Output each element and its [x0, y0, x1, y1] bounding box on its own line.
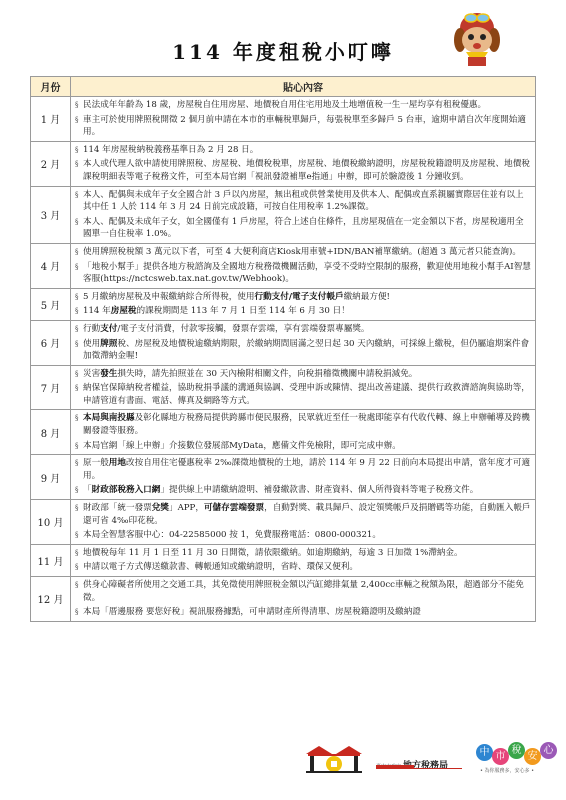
content-cell: §行動支付/電子支付消費，付款零接觸，發票存雲端，享有雲端發票專屬獎。§使用牌照… [71, 320, 536, 365]
tip-highlight: 可儲存雲端發票 [204, 503, 264, 513]
tip-text: 本人、配偶與未成年子女全國合計 3 戶以內房屋，無出租或供營業使用及供本人、配偶… [83, 190, 524, 213]
bullet-icon: § [75, 305, 79, 318]
tip-item: §本人或代理人欲申請使用牌照稅、房屋稅、地價稅稅單，房屋稅、地價稅繳納證明，房屋… [75, 158, 531, 183]
tip-item: §納保官保障納稅者權益，協助稅捐爭議的溝通與協調、受理申訴或陳情、提出改善建議、… [75, 382, 531, 407]
footer-logos: 臺中市政府地方稅務局 中 市 稅 安 心 • 為你服務多，安心多 • [296, 740, 556, 780]
bullet-icon: § [75, 189, 79, 202]
bullet-icon: § [75, 561, 79, 574]
tip-item: §本人、配偶及未成年子女，如全國僅有 1 戶房屋，符合上述自住條件，且房屋現值在… [75, 216, 531, 241]
content-cell: §使用牌照稅稅額 3 萬元以下者，可至 4 大便利商店Kiosk用車號+IDN/… [71, 243, 536, 288]
header-content: 貼心內容 [71, 77, 536, 97]
header-month: 月份 [31, 77, 71, 97]
slogan-bubble: 稅 [508, 742, 525, 759]
tip-item: §行動支付/電子支付消費，付款零接觸，發票存雲端，享有雲端發票專屬獎。 [75, 323, 531, 336]
slogan-bubble: 心 [540, 742, 557, 759]
tip-item: §地價稅每年 11 月 1 日至 11 月 30 日開徵，請依限繳納。如逾期繳納… [75, 547, 531, 560]
month-cell: 8 月 [31, 410, 71, 455]
bullet-icon: § [75, 216, 79, 229]
bullet-icon: § [75, 457, 79, 470]
tip-highlight: 支付 [100, 324, 117, 334]
content-cell: §114 年房屋稅納稅義務基準日為 2 月 28 日。§本人或代理人欲申請使用牌… [71, 141, 536, 186]
tip-highlight: 房屋稅 [111, 306, 137, 316]
tip-text: 使用 [83, 339, 100, 349]
bullet-icon: § [75, 579, 79, 592]
tip-item: §「地稅小幫手」提供各地方稅諮詢及全國地方稅務徵機關活動，享受不受時空限制的服務… [75, 261, 531, 286]
table-row: 9 月§原一般用地改按自用住宅優惠稅率 2‰課徵地價稅的土地，請於 114 年 … [31, 455, 536, 500]
bullet-icon: § [75, 158, 79, 171]
bullet-icon: § [75, 484, 79, 497]
tip-item: §114 年房屋稅納稅義務基準日為 2 月 28 日。 [75, 144, 531, 157]
slogan-bubble: 市 [492, 748, 509, 765]
tip-item: §申請以電子方式傳送繳款書、轉帳通知或繳納證明，省時、環保又便利。 [75, 561, 531, 574]
bullet-icon: § [75, 529, 79, 542]
bullet-icon: § [75, 144, 79, 157]
tip-text: 本局「厝邊服務 要您好稅」視訊服務據點，可申請財產所得清單、房屋稅籍證明及繳納證 [83, 607, 421, 617]
tip-text: 供身心障礙者所使用之交通工具，其免徵使用牌照稅金額以汽缸總排氣量 2,400cc… [83, 580, 524, 603]
bullet-icon: § [75, 246, 79, 259]
tip-text: 損失時，請先拍照並在 30 天內檢附相關文件，向稅捐稽徵機關申請稅捐減免。 [117, 369, 417, 379]
tip-text: 5 月繳納房屋稅及申報繳納綜合所得稅，使用 [83, 292, 254, 302]
tip-text: /電子支付消費，付款零接觸，發票存雲端，享有雲端發票專屬獎。 [117, 324, 369, 334]
tip-item: § 5 月繳納房屋稅及申報繳納綜合所得稅，使用行動支付/電子支付帳戶繳納最方便! [75, 291, 531, 304]
tip-item: §民法成年年齡為 18 歲，房屋稅自住用房屋、地價稅自用住宅用地及土地增值稅一生… [75, 99, 531, 112]
content-cell: §民法成年年齡為 18 歲，房屋稅自住用房屋、地價稅自用住宅用地及土地增值稅一生… [71, 97, 536, 142]
tip-text: 114 年房屋稅納稅義務基準日為 2 月 28 日。 [83, 145, 258, 155]
table-row: 8 月§本局與南投縣及彰化縣地方稅務局提供跨縣市便民服務，民眾就近至任一稅處即能… [31, 410, 536, 455]
month-cell: 4 月 [31, 243, 71, 288]
tip-item: §使用牌照稅稅額 3 萬元以下者，可至 4 大便利商店Kiosk用車號+IDN/… [75, 246, 531, 259]
slogan-bubble: 安 [524, 748, 541, 765]
month-cell: 11 月 [31, 544, 71, 576]
tip-text: 」APP， [169, 503, 204, 513]
table-row: 12 月§供身心障礙者所使用之交通工具，其免徵使用牌照稅金額以汽缸總排氣量 2,… [31, 577, 536, 622]
month-cell: 1 月 [31, 97, 71, 142]
tip-highlight: 本局與南投縣 [83, 413, 135, 423]
tip-text: 本局官網「線上申辦」介接數位發展部MyData，應備文件免檢附，即可完成申辦。 [83, 441, 401, 451]
table-row: 10 月§財政部「統一發票兌獎」APP，可儲存雲端發票，自動對獎、載具歸戶、設定… [31, 500, 536, 545]
tip-item: §本局官網「線上申辦」介接數位發展部MyData，應備文件免檢附，即可完成申辦。 [75, 440, 531, 453]
tip-highlight: 牌照 [100, 339, 117, 349]
tip-item: §114 年房屋稅的課稅期間是 113 年 7 月 1 日至 114 年 6 月… [75, 305, 531, 318]
content-cell: §本局與南投縣及彰化縣地方稅務局提供跨縣市便民服務，民眾就近至任一稅處即能享有代… [71, 410, 536, 455]
tip-text: 申請以電子方式傳送繳款書、轉帳通知或繳納證明，省時、環保又便利。 [83, 562, 358, 572]
month-cell: 2 月 [31, 141, 71, 186]
table-header-row: 月份 貼心內容 [31, 77, 536, 97]
bullet-icon: § [75, 114, 79, 127]
tip-text: 」提供線上申請繳納證明、補發繳款書、財產資料、個人所得資料等電子稅務文件。 [160, 485, 478, 495]
content-cell: §原一般用地改按自用住宅優惠稅率 2‰課徵地價稅的土地，請於 114 年 9 月… [71, 455, 536, 500]
tip-highlight: 財政部稅務入口網 [92, 485, 161, 495]
tip-item: §財政部「統一發票兌獎」APP，可儲存雲端發票，自動對獎、載具歸戶、設定領獎帳戶… [75, 502, 531, 527]
tip-text: 改按自用住宅優惠稅率 2‰課徵地價稅的土地，請於 114 年 9 月 22 日前… [83, 458, 530, 481]
tip-text: 本人、配偶及未成年子女，如全國僅有 1 戶房屋，符合上述自住條件，且房屋現值在一… [83, 217, 524, 240]
bullet-icon: § [75, 547, 79, 560]
bullet-icon: § [75, 382, 79, 395]
table-row: 4 月§使用牌照稅稅額 3 萬元以下者，可至 4 大便利商店Kiosk用車號+I… [31, 243, 536, 288]
month-cell: 7 月 [31, 365, 71, 410]
tip-text: 原一般 [83, 458, 109, 468]
tip-item: §本局全智慧客服中心：04-22585000 按 1，免費服務電話：0800-0… [75, 529, 531, 542]
slogan-bubble: 中 [476, 744, 493, 761]
bullet-icon: § [75, 412, 79, 425]
tip-text: 地價稅每年 11 月 1 日至 11 月 30 日開徵，請依限繳納。如逾期繳納，… [83, 548, 463, 558]
tip-text: 車主可於使用牌照稅開徵 2 個月前申請在本市的車輛稅單歸戶，每張稅單至多歸戶 5… [83, 115, 526, 138]
bullet-icon: § [75, 502, 79, 515]
tip-item: §使用牌照稅、房屋稅及地價稅逾繳納期限，於繳納期間屆滿之翌日起 30 天內繳納，… [75, 338, 531, 363]
tip-item: §車主可於使用牌照稅開徵 2 個月前申請在本市的車輛稅單歸戶，每張稅單至多歸戶 … [75, 114, 531, 139]
tip-item: §本局「厝邊服務 要您好稅」視訊服務據點，可申請財產所得清單、房屋稅籍證明及繳納… [75, 606, 531, 619]
table-row: 5 月§ 5 月繳納房屋稅及申報繳納綜合所得稅，使用行動支付/電子支付帳戶繳納最… [31, 288, 536, 320]
tip-text: 114 年 [83, 306, 111, 316]
table-row: 1 月§民法成年年齡為 18 歲，房屋稅自住用房屋、地價稅自用住宅用地及土地增值… [31, 97, 536, 142]
bullet-icon: § [75, 261, 79, 274]
tip-item: §本局與南投縣及彰化縣地方稅務局提供跨縣市便民服務，民眾就近至任一稅處即能享有代… [75, 412, 531, 437]
table-row: 6 月§行動支付/電子支付消費，付款零接觸，發票存雲端，享有雲端發票專屬獎。§使… [31, 320, 536, 365]
tip-item: §供身心障礙者所使用之交通工具，其免徵使用牌照稅金額以汽缸總排氣量 2,400c… [75, 579, 531, 604]
content-cell: §本人、配偶與未成年子女全國合計 3 戶以內房屋，無出租或供營業使用及供本人、配… [71, 186, 536, 243]
tip-text: 繳納最方便! [344, 292, 390, 302]
tip-text: 使用牌照稅稅額 3 萬元以下者，可至 4 大便利商店Kiosk用車號+IDN/B… [83, 247, 521, 257]
bullet-icon: § [75, 440, 79, 453]
tax-bureau-logo-icon [304, 744, 364, 774]
table-row: 11 月§地價稅每年 11 月 1 日至 11 月 30 日開徵，請依限繳納。如… [31, 544, 536, 576]
content-cell: §地價稅每年 11 月 1 日至 11 月 30 日開徵，請依限繳納。如逾期繳納… [71, 544, 536, 576]
slogan-logo: 中 市 稅 安 心 • 為你服務多，安心多 • [474, 740, 558, 780]
bullet-icon: § [75, 606, 79, 619]
tip-text: 本人或代理人欲申請使用牌照稅、房屋稅、地價稅稅單，房屋稅、地價稅繳納證明，房屋稅… [83, 159, 530, 182]
tip-text: 的課稅期間是 113 年 7 月 1 日至 114 年 6 月 30 日！ [137, 306, 350, 316]
tip-text: 本局全智慧客服中心：04-22585000 按 1，免費服務電話：0800-00… [83, 530, 381, 540]
slogan-text: • 為你服務多，安心多 • [480, 767, 534, 774]
tip-item: §本人、配偶與未成年子女全國合計 3 戶以內房屋，無出租或供營業使用及供本人、配… [75, 189, 531, 214]
bullet-icon: § [75, 368, 79, 381]
tip-item: §「財政部稅務入口網」提供線上申請繳納證明、補發繳款書、財產資料、個人所得資料等… [75, 484, 531, 497]
tip-highlight: 行動支付/電子支付帳戶 [254, 292, 343, 302]
tip-text: 「地稅小幫手」提供各地方稅諮詢及全國地方稅務徵機關活動，享受不受時空限制的服務，… [83, 262, 531, 285]
month-cell: 6 月 [31, 320, 71, 365]
table-row: 3 月§本人、配偶與未成年子女全國合計 3 戶以內房屋，無出租或供營業使用及供本… [31, 186, 536, 243]
content-cell: §供身心障礙者所使用之交通工具，其免徵使用牌照稅金額以汽缸總排氣量 2,400c… [71, 577, 536, 622]
month-cell: 12 月 [31, 577, 71, 622]
content-cell: § 5 月繳納房屋稅及申報繳納綜合所得稅，使用行動支付/電子支付帳戶繳納最方便!… [71, 288, 536, 320]
bullet-icon: § [75, 338, 79, 351]
tip-text: 財政部「統一發票 [83, 503, 152, 513]
bullet-icon: § [75, 291, 79, 304]
tip-item: §原一般用地改按自用住宅優惠稅率 2‰課徵地價稅的土地，請於 114 年 9 月… [75, 457, 531, 482]
tax-tips-table: 月份 貼心內容 1 月§民法成年年齡為 18 歲，房屋稅自住用房屋、地價稅自用住… [30, 76, 536, 622]
tip-text: 及彰化縣地方稅務局提供跨縣市便民服務，民眾就近至任一稅處即能享有代收代轉、線上申… [83, 413, 530, 436]
tip-text: 民法成年年齡為 18 歲，房屋稅自住用房屋、地價稅自用住宅用地及土地增值稅一生一… [83, 100, 486, 110]
tip-text: 行動 [83, 324, 100, 334]
tip-highlight: 發生 [100, 369, 117, 379]
tip-item: §災害發生損失時，請先拍照並在 30 天內檢附相關文件，向稅捐稽徵機關申請稅捐減… [75, 368, 531, 381]
tax-bureau-name: 臺中市政府地方稅務局 [376, 753, 448, 772]
month-cell: 10 月 [31, 500, 71, 545]
content-cell: §災害發生損失時，請先拍照並在 30 天內檢附相關文件，向稅捐稽徵機關申請稅捐減… [71, 365, 536, 410]
tip-text: 災害 [83, 369, 100, 379]
bullet-icon: § [75, 323, 79, 336]
table-row: 7 月§災害發生損失時，請先拍照並在 30 天內檢附相關文件，向稅捐稽徵機關申請… [31, 365, 536, 410]
bullet-icon: § [75, 99, 79, 112]
mascot-dog-icon [448, 4, 506, 66]
tip-text: 納保官保障納稅者權益，協助稅捐爭議的溝通與協調、受理申訴或陳情、提出改善建議、提… [83, 383, 530, 406]
month-cell: 5 月 [31, 288, 71, 320]
month-cell: 9 月 [31, 455, 71, 500]
tip-highlight: 用地 [109, 458, 126, 468]
tip-highlight: 兌獎 [152, 503, 169, 513]
content-cell: §財政部「統一發票兌獎」APP，可儲存雲端發票，自動對獎、載具歸戶、設定領獎帳戶… [71, 500, 536, 545]
table-row: 2 月§114 年房屋稅納稅義務基準日為 2 月 28 日。§本人或代理人欲申請… [31, 141, 536, 186]
tip-text: 「 [83, 485, 92, 495]
tip-text: 稅、房屋稅及地價稅逾繳納期限，於繳納期間屆滿之翌日起 30 天內繳納，可採線上繳… [83, 339, 529, 362]
month-cell: 3 月 [31, 186, 71, 243]
